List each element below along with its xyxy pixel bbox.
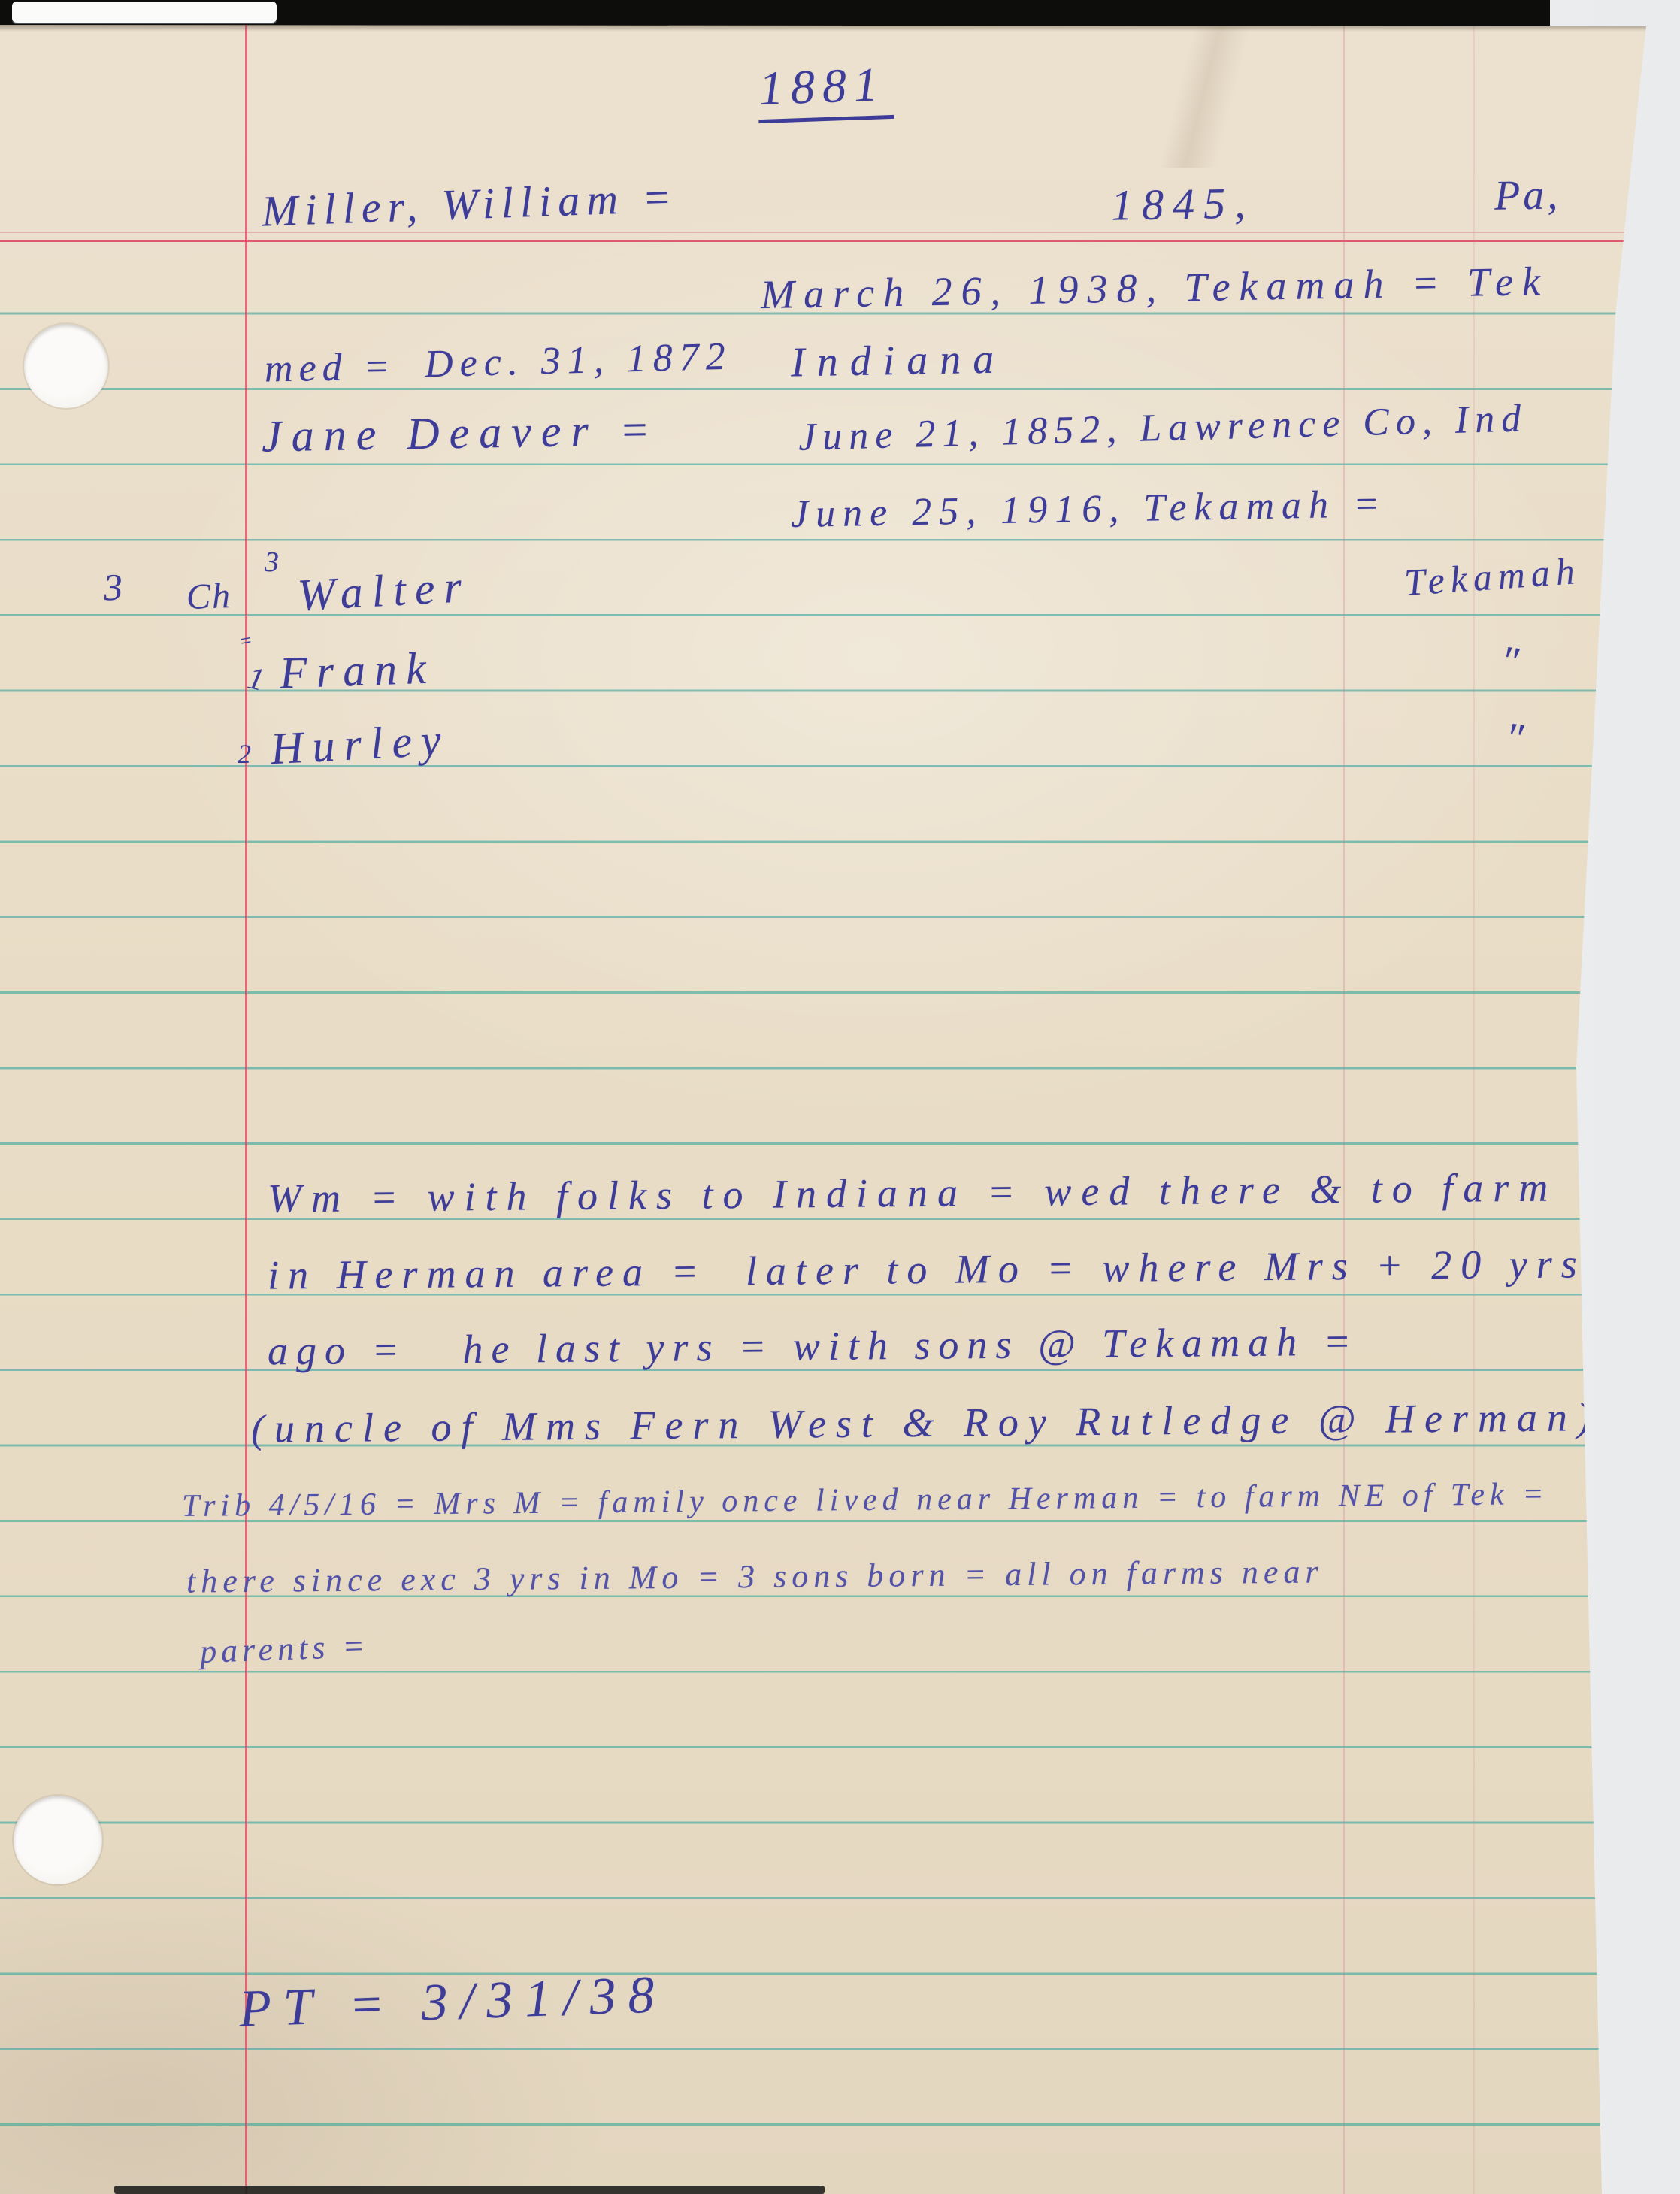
birth-year: 1845, [1110, 177, 1255, 230]
left-margin-line [245, 25, 247, 2194]
scan-background: 1881 Miller, William = 1845, Pa, March 2… [0, 0, 1680, 2194]
birth-place: Pa, [1494, 171, 1560, 220]
child-name: Frank [279, 642, 436, 699]
spouse-name: Jane Deaver = [261, 404, 659, 462]
punch-hole-top [24, 324, 108, 408]
scanner-lid-corner [12, 2, 277, 23]
children-label: Ch [186, 575, 232, 618]
child-name: Hurley [269, 714, 451, 775]
paper-crease [962, 25, 1443, 168]
right-column-line-1 [1343, 25, 1345, 2194]
note-line: ago = he last yrs = with sons @ Tekamah … [268, 1318, 1360, 1375]
marriage-label: med = [264, 344, 396, 391]
child-number-superscript: 3 [265, 546, 279, 579]
marriage-place: Indiana [790, 335, 1006, 387]
child-name: Walter [296, 561, 471, 622]
bottom-edge-shadow [114, 2186, 825, 2194]
marriage-date: Dec. 31, 1872 [424, 334, 732, 387]
clipping-note-line: parents = [199, 1627, 370, 1671]
child-prefix: 2 [238, 738, 251, 770]
notebook-paper: 1881 Miller, William = 1845, Pa, March 2… [0, 0, 1680, 2194]
punch-hole-bottom [14, 1796, 102, 1884]
right-column-line-2 [1473, 25, 1475, 2194]
year-heading: 1881 [757, 56, 894, 123]
person-name: Miller, William = [261, 171, 680, 236]
children-count: 3 [102, 564, 123, 609]
